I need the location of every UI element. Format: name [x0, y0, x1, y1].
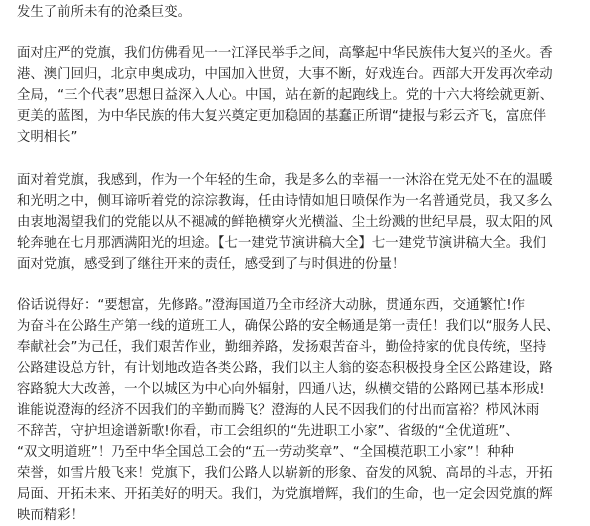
text-line: 文明相长”: [17, 127, 587, 148]
paragraph-spacer: [17, 148, 587, 170]
text-line: 面对庄严的党旗，我们仿佛看见一一江泽民举手之间，高擎起中华民族伟大复兴的圣火。香: [17, 43, 587, 64]
text-line: 发生了前所未有的沧桑巨变。: [17, 2, 587, 23]
text-line: 面对党旗，感受到了继往开来的责任，感受到了与时俱进的份量！: [17, 254, 587, 275]
text-line: 港、澳门回归，北京申奥成功，中国加入世贸，大事不断，好戏连台。西部大开发再次牵动: [17, 64, 587, 85]
text-line: 映而精彩！: [17, 505, 587, 526]
paragraph-party-flag-vision: 面对庄严的党旗，我们仿佛看见一一江泽民举手之间，高擎起中华民族伟大复兴的圣火。香…: [17, 43, 587, 148]
text-line: 公路建设总方针，有计划地改造各类公路，我们以主人翁的姿态积极投身全区公路建设，路: [17, 358, 587, 379]
text-line: 全局，“三个代表”思想日益深入人心。中国，站在新的起跑线上。党的十六大将绘就更新…: [17, 85, 587, 106]
text-line: 谁能说澄海的经济不因我们的辛勤而腾飞？澄海的人民不因我们的付出而富裕？栉风沐雨: [17, 400, 587, 421]
text-line: 更美的蓝图，为中华民族的伟大复兴奠定更加稳固的基蠢正所谓“捷报与彩云齐飞，富庶伴: [17, 106, 587, 127]
paragraph-spacer: [17, 23, 587, 43]
paragraph-young-life: 面对着党旗，我感到，作为一个年轻的生命，我是多么的幸福一一沐浴在党无处不在的温暖…: [17, 170, 587, 275]
text-line: 和光明之中，侧耳谛听着党的淙淙教诲，任由诗情如旭日喷保作为一名普通党员，我又多么: [17, 191, 587, 212]
text-line: 由衷地渴望我们的党能以从不褪减的鲜艳横穿火光横溢、尘土纷溅的世纪早晨，驭太阳的风: [17, 212, 587, 233]
text-line: 奉献社会”为己任，我们艰苦作业，勤细养路，发扬艰苦奋斗，勤俭持家的优良传统，坚持: [17, 337, 587, 358]
text-line: 容路貌大大改善，一个以城区为中心向外辐射，四通八达，纵横交错的公路网已基本形成!: [17, 379, 587, 400]
article-body: 发生了前所未有的沧桑巨变。 面对庄严的党旗，我们仿佛看见一一江泽民举手之间，高擎…: [17, 2, 587, 526]
paragraph-intro-ending: 发生了前所未有的沧桑巨变。: [17, 2, 587, 23]
text-line: 俗话说得好：“要想富，先修路。”澄海国道乃全市经济大动脉，贯通东西，交通繁忙!作: [17, 295, 587, 316]
text-line: 荣誉，如雪片般飞来！党旗下，我们公路人以崭新的形象、奋发的风貌、高昂的斗志，开拓: [17, 463, 587, 484]
text-line: 局面、开拓未来、开拓美好的明天。我们，为党旗增辉，我们的生命，也一定会因党旗的辉: [17, 484, 587, 505]
text-line: “双文明道班”！乃至中华全国总工会的“五一劳动奖章”、“全国模范职工小家”！种种: [17, 442, 587, 463]
paragraph-spacer: [17, 275, 587, 295]
text-line: 轮奔驰在七月那洒满阳光的坦途。【七一建党节演讲稿大全】七一建党节演讲稿大全。我们: [17, 233, 587, 254]
text-line: 面对着党旗，我感到，作为一个年轻的生命，我是多么的幸福一一沐浴在党无处不在的温暖: [17, 170, 587, 191]
text-line: 为奋斗在公路生产第一线的道班工人，确保公路的安全畅通是第一责任！我们以“服务人民…: [17, 316, 587, 337]
text-line: 不辞苦，守护坦途谱新歌!你看，市工会组织的“先进职工小家”、省级的“全优道班”、: [17, 421, 587, 442]
paragraph-road-workers: 俗话说得好：“要想富，先修路。”澄海国道乃全市经济大动脉，贯通东西，交通繁忙!作…: [17, 295, 587, 526]
